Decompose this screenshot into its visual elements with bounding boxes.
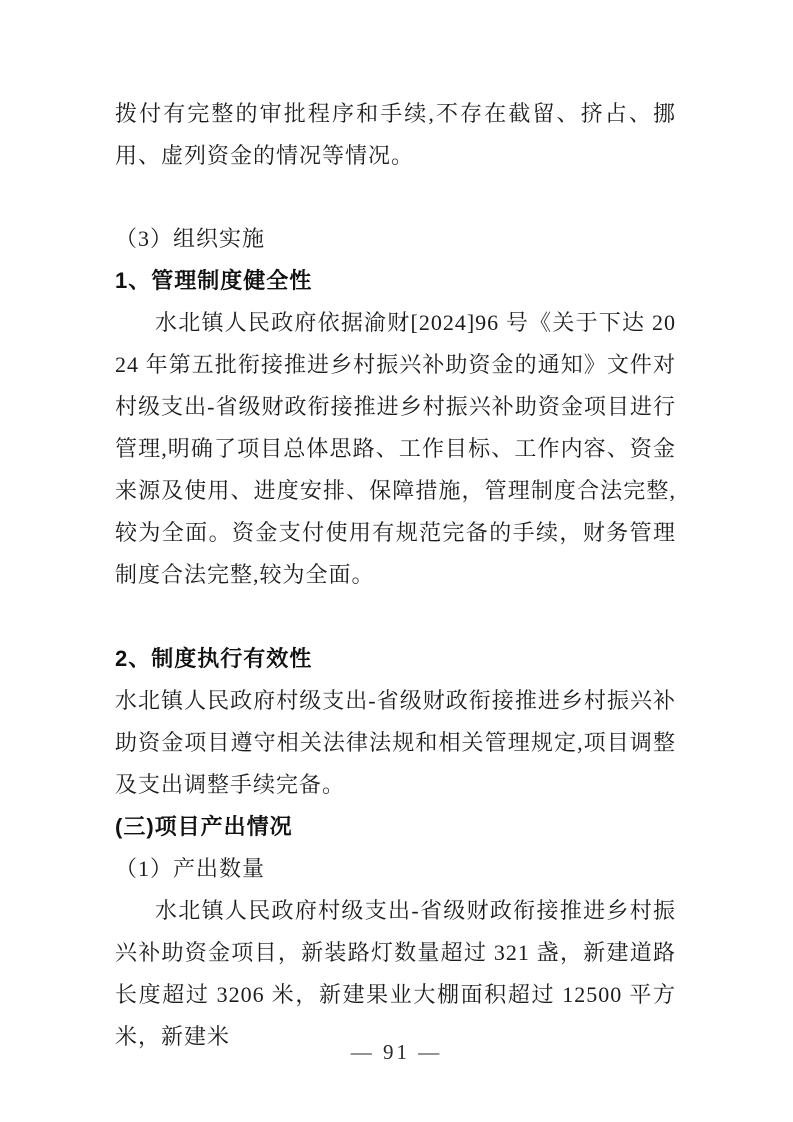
carryover-paragraph: 拨付有完整的审批程序和手续,不存在截留、挤占、挪用、虚列资金的情况等情况。 [115,93,676,177]
item-1-paragraph: 水北镇人民政府依据渝财[2024]96 号《关于下达 2024 年第五批衔接推进… [115,302,676,596]
item-2-heading: 2、制度执行有效性 [115,638,676,680]
page-number-footer: — 91 — [0,1040,793,1064]
item-1-heading: 1、管理制度健全性 [115,260,676,302]
text-column: 拨付有完整的审批程序和手续,不存在截留、挤占、挪用、虚列资金的情况等情况。 （3… [115,93,676,1058]
section-output-heading: (三)项目产出情况 [115,806,676,848]
output-quantity-paragraph: 水北镇人民政府村级支出-省级财政衔接推进乡村振兴补助资金项目，新装路灯数量超过 … [115,890,676,1058]
document-page: 拨付有完整的审批程序和手续,不存在截留、挤占、挪用、虚列资金的情况等情况。 （3… [0,0,793,1122]
item-2-paragraph: 水北镇人民政府村级支出-省级财政衔接推进乡村振兴补助资金项目遵守相关法律法规和相… [115,680,676,806]
output-quantity-heading: （1）产出数量 [115,848,676,890]
section-3-heading: （3）组织实施 [115,218,676,260]
